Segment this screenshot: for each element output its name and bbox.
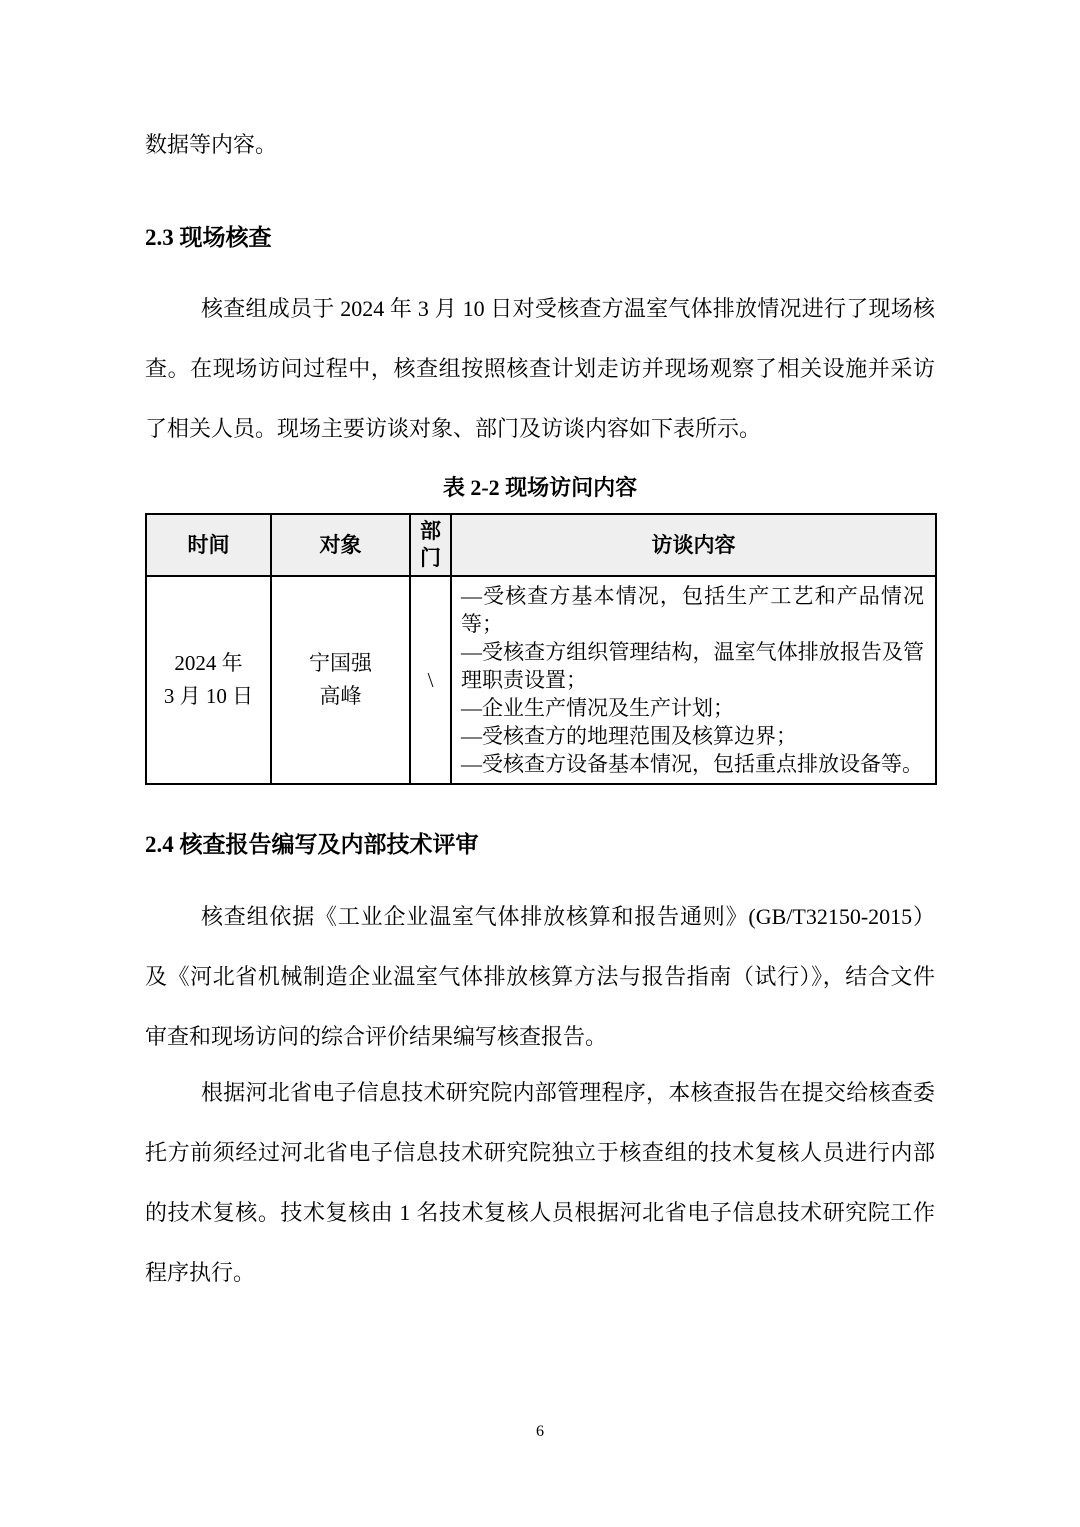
section-heading-2-3: 2.3 现场核查 (145, 222, 935, 254)
document-page: 数据等内容。 2.3 现场核查 核查组成员于 2024 年 3 月 10 日对受… (0, 0, 1080, 1527)
section-2-4-paragraph-2: 根据河北省电子信息技术研究院内部管理程序，本核查报告在提交给核查委托方前须经过河… (145, 1063, 935, 1303)
interview-item: —受核查方组织管理结构，温室气体排放报告及管理职责设置； (461, 638, 924, 694)
cell-time: 2024 年 3 月 10 日 (146, 576, 271, 784)
page-number: 6 (0, 1423, 1080, 1441)
cell-department: \ (410, 576, 451, 784)
time-line-1: 2024 年 (149, 647, 268, 680)
table-row: 2024 年 3 月 10 日 宁国强 高峰 \ —受核查方基本情况，包括生产工… (146, 576, 936, 784)
interview-item: —受核查方的地理范围及核算边界； (461, 722, 924, 750)
paragraph-continuation: 数据等内容。 (145, 130, 935, 160)
section-heading-2-4: 2.4 核查报告编写及内部技术评审 (145, 829, 935, 861)
interview-item: —受核查方设备基本情况，包括重点排放设备等。 (461, 750, 924, 778)
section-2-4-paragraph-1: 核查组依据《工业企业温室气体排放核算和报告通则》(GB/T32150-2015）… (145, 887, 935, 1067)
column-header-content: 访谈内容 (451, 514, 936, 576)
time-line-2: 3 月 10 日 (149, 680, 268, 713)
interview-item: —企业生产情况及生产计划； (461, 694, 924, 722)
site-visit-table: 时间 对象 部门 访谈内容 2024 年 3 月 10 日 宁国强 高峰 \ —… (145, 513, 937, 785)
column-header-time: 时间 (146, 514, 271, 576)
column-header-department: 部门 (410, 514, 451, 576)
table-caption: 表 2-2 现场访问内容 (145, 473, 935, 503)
cell-subject: 宁国强 高峰 (271, 576, 410, 784)
section-2-3-paragraph: 核查组成员于 2024 年 3 月 10 日对受核查方温室气体排放情况进行了现场… (145, 279, 935, 459)
column-header-subject: 对象 (271, 514, 410, 576)
subject-line-1: 宁国强 (274, 647, 407, 680)
cell-interview-content: —受核查方基本情况，包括生产工艺和产品情况等； —受核查方组织管理结构，温室气体… (451, 576, 936, 784)
table-header-row: 时间 对象 部门 访谈内容 (146, 514, 936, 576)
interview-item: —受核查方基本情况，包括生产工艺和产品情况等； (461, 582, 924, 638)
subject-line-2: 高峰 (274, 680, 407, 713)
